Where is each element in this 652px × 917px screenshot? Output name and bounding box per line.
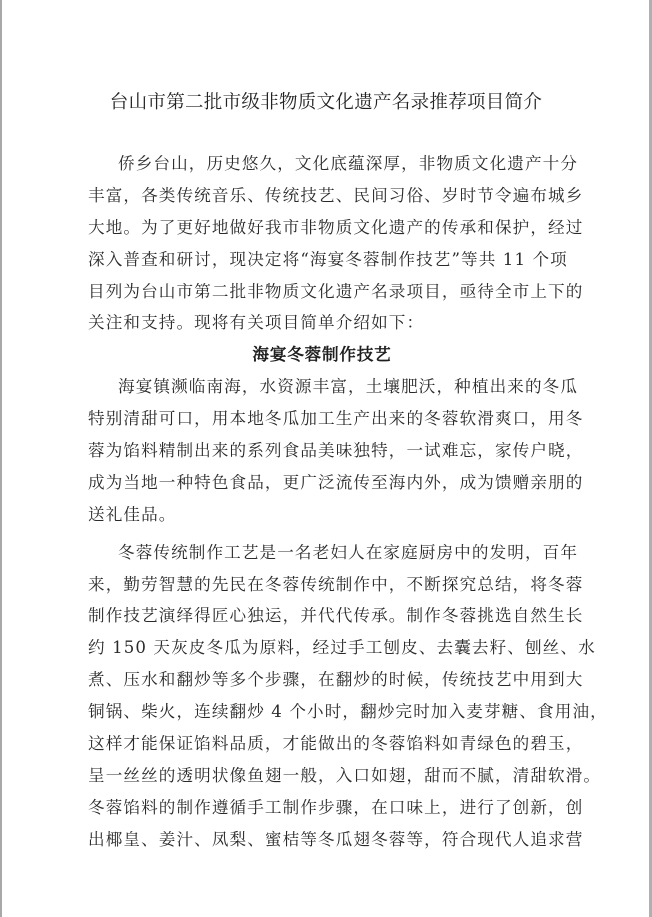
text-line: 约 150 天灰皮冬瓜为原料，经过手工刨皮、去囊去籽、刨丝、水 (88, 632, 556, 664)
text-line: 制作技艺演绎得匠心独运，并代代传承。制作冬蓉挑选自然生长 (88, 600, 556, 632)
text-line: 来，勤劳智慧的先民在冬蓉传统制作中，不断探究总结，将冬蓉 (88, 569, 556, 601)
scanned-document-page: 台山市第二批市级非物质文化遗产名录推荐项目简介 侨乡台山，历史悠久，文化底蕴深厚… (0, 0, 652, 917)
text-line: 成为当地一种特色食品，更广泛流传至海内外，成为馈赠亲朋的 (88, 467, 556, 499)
document-body: 侨乡台山，历史悠久，文化底蕴深厚，非物质文化遗产十分 丰富，各类传统音乐、传统技… (88, 148, 556, 856)
text-line: 大地。为了更好地做好我市非物质文化遗产的传承和保护，经过 (88, 212, 556, 244)
text-line: 目列为台山市第二批非物质文化遗产名录项目，亟待全市上下的 (88, 276, 556, 308)
document-title: 台山市第二批市级非物质文化遗产名录推荐项目简介 (0, 88, 652, 114)
text-line: 冬蓉传统制作工艺是一名老妇人在家庭厨房中的发明，百年 (88, 537, 556, 569)
text-line: 蓉为馅料精制出来的系列食品美味独特，一试难忘，家传户晓， (88, 435, 556, 467)
text-line: 送礼佳品。 (88, 499, 556, 531)
text-line: 侨乡台山，历史悠久，文化底蕴深厚，非物质文化遗产十分 (88, 148, 556, 180)
text-line: 煮、压水和翻炒等多个步骤，在翻炒的时候，传统技艺中用到大 (88, 664, 556, 696)
text-line: 特别清甜可口，用本地冬瓜加工生产出来的冬蓉软滑爽口，用冬 (88, 403, 556, 435)
section-paragraph-2: 冬蓉传统制作工艺是一名老妇人在家庭厨房中的发明，百年 来，勤劳智慧的先民在冬蓉传… (88, 537, 556, 856)
text-line: 铜锅、柴火，连续翻炒 4 个小时，翻炒完时加入麦芽糖、食用油， (88, 696, 556, 728)
scan-edge-left (0, 0, 2, 917)
text-line: 海宴镇濒临南海，水资源丰富，土壤肥沃，种植出来的冬瓜 (88, 371, 556, 403)
text-line: 出椰皇、姜汁、凤梨、蜜桔等冬瓜翅冬蓉等，符合现代人追求营 (88, 824, 556, 856)
section-heading: 海宴冬蓉制作技艺 (88, 339, 556, 371)
text-line: 这样才能保证馅料品质，才能做出的冬蓉馅料如青绿色的碧玉， (88, 728, 556, 760)
text-line: 深入普查和研讨，现决定将“海宴冬蓉制作技艺”等共 11 个项 (88, 244, 556, 276)
text-line: 关注和支持。现将有关项目简单介绍如下： (88, 307, 556, 339)
text-line: 呈一丝丝的透明状像鱼翅一般，入口如翅，甜而不腻，清甜软滑。 (88, 760, 556, 792)
section-paragraph-1: 海宴镇濒临南海，水资源丰富，土壤肥沃，种植出来的冬瓜 特别清甜可口，用本地冬瓜加… (88, 371, 556, 530)
intro-paragraph: 侨乡台山，历史悠久，文化底蕴深厚，非物质文化遗产十分 丰富，各类传统音乐、传统技… (88, 148, 556, 339)
text-line: 丰富，各类传统音乐、传统技艺、民间习俗、岁时节令遍布城乡 (88, 180, 556, 212)
text-line: 冬蓉馅料的制作遵循手工制作步骤，在口味上，进行了创新，创 (88, 792, 556, 824)
